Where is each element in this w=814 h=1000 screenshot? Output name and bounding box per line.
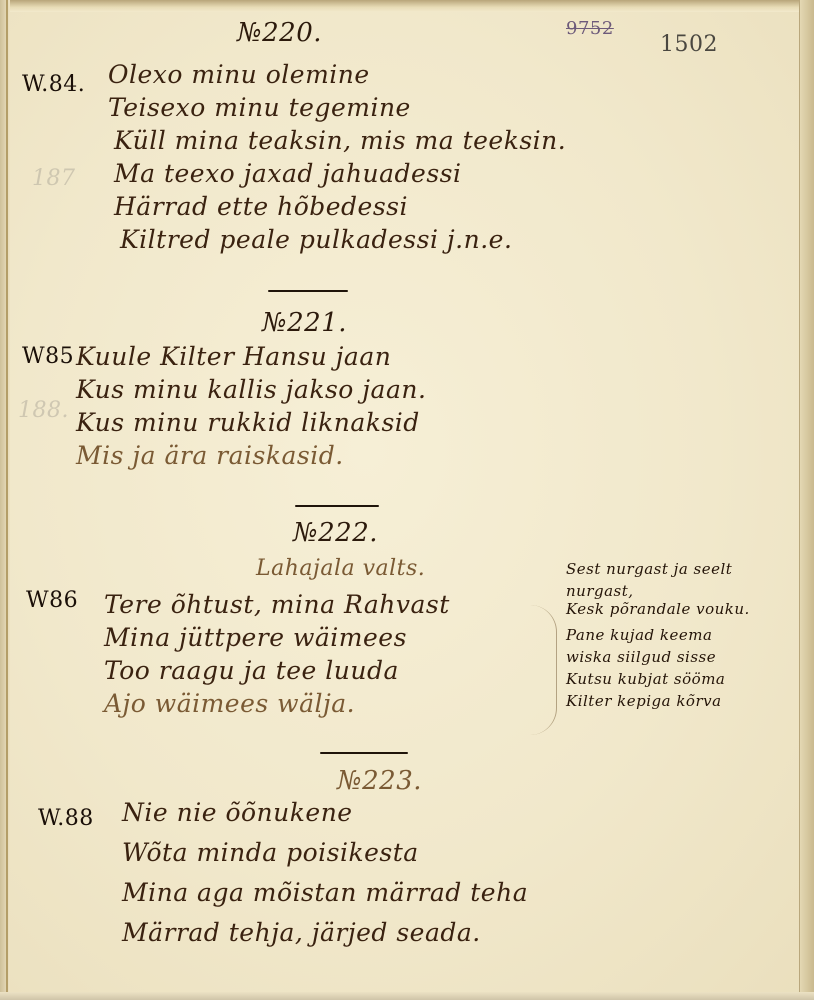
w-label-84: W.84. [22, 72, 85, 97]
verse-line: Kiltred peale pulkadessi j.n.e. [120, 223, 566, 256]
verse-line: Tere õhtust, mina Rahvast [104, 588, 450, 621]
verse-line: Kus minu rukkid liknaksid [76, 406, 426, 439]
verse-line: Kuule Kilter Hansu jaan [76, 340, 426, 373]
page-top-edge [0, 0, 814, 12]
side-note-line: Pane kujad keema [566, 624, 750, 646]
side-note-line: Kutsu kubjat sööma [566, 668, 750, 690]
section-divider [320, 752, 408, 754]
side-note-line: Sest nurgast ja seelt [566, 558, 750, 580]
song-220-verse: Olexo minu olemine Teisexo minu tegemine… [108, 58, 566, 256]
side-note-line: nurgast, [566, 580, 750, 598]
binding-spine [0, 0, 10, 1000]
verse-line: Wõta minda poisikesta [122, 836, 528, 876]
verse-line: Nie nie õõnukene [122, 796, 528, 836]
song-222-title: Lahajala valts. [256, 552, 425, 585]
song-222-verse: Tere õhtust, mina Rahvast Mina jüttpere … [104, 588, 450, 720]
song-number-221: №221. [262, 308, 347, 338]
song-number-222: №222. [293, 518, 378, 548]
song-221-verse: Kuule Kilter Hansu jaan Kus minu kallis … [76, 340, 426, 472]
verse-line: Mis ja ära raiskasid. [76, 439, 426, 472]
verse-line: Küll mina teaksin, mis ma teeksin. [114, 124, 566, 157]
verse-line: Ajo wäimees wälja. [104, 687, 450, 720]
verse-line: Märrad tehja, järjed seada. [122, 916, 528, 949]
pencil-number-188: 188. [18, 398, 69, 423]
pencil-number-187: 187 [32, 166, 76, 191]
side-note: Sest nurgast ja seelt nurgast, Kesk põra… [566, 558, 750, 712]
archive-number: 1502 [660, 32, 718, 57]
binding-thread [6, 0, 8, 1000]
song-number-220: №220. [237, 18, 322, 48]
verse-line: Kus minu kallis jakso jaan. [76, 373, 426, 406]
section-divider [295, 505, 379, 507]
verse-line: Too raagu ja tee luuda [104, 654, 450, 687]
page-right-edge [799, 0, 814, 1000]
side-note-line: wiska siilgud sisse [566, 646, 750, 668]
w-label-86: W86 [26, 588, 78, 613]
archive-number-struck: 9752 [566, 18, 614, 39]
verse-bracket [530, 605, 557, 735]
side-note-line: Kesk põrandale vouku. [566, 598, 750, 620]
verse-line: Härrad ette hõbedessi [114, 190, 566, 223]
song-number-223: №223. [337, 766, 422, 796]
verse-line: Mina jüttpere wäimees [104, 621, 450, 654]
section-divider [268, 290, 348, 292]
w-label-85: W85 [22, 344, 74, 369]
page-bottom-edge [0, 992, 814, 1000]
side-note-line: Kilter kepiga kõrva [566, 690, 750, 712]
w-label-88: W.88 [38, 806, 94, 831]
verse-line: Olexo minu olemine [108, 58, 566, 91]
manuscript-page: 9752 1502 №220. W.84. 187 Olexo minu ole… [0, 0, 814, 1000]
song-223-verse: Nie nie õõnukene Wõta minda poisikesta M… [122, 796, 528, 949]
verse-line: Ma teexo jaxad jahuadessi [114, 157, 566, 190]
verse-line: Mina aga mõistan märrad teha [122, 876, 528, 916]
verse-line: Teisexo minu tegemine [108, 91, 566, 124]
